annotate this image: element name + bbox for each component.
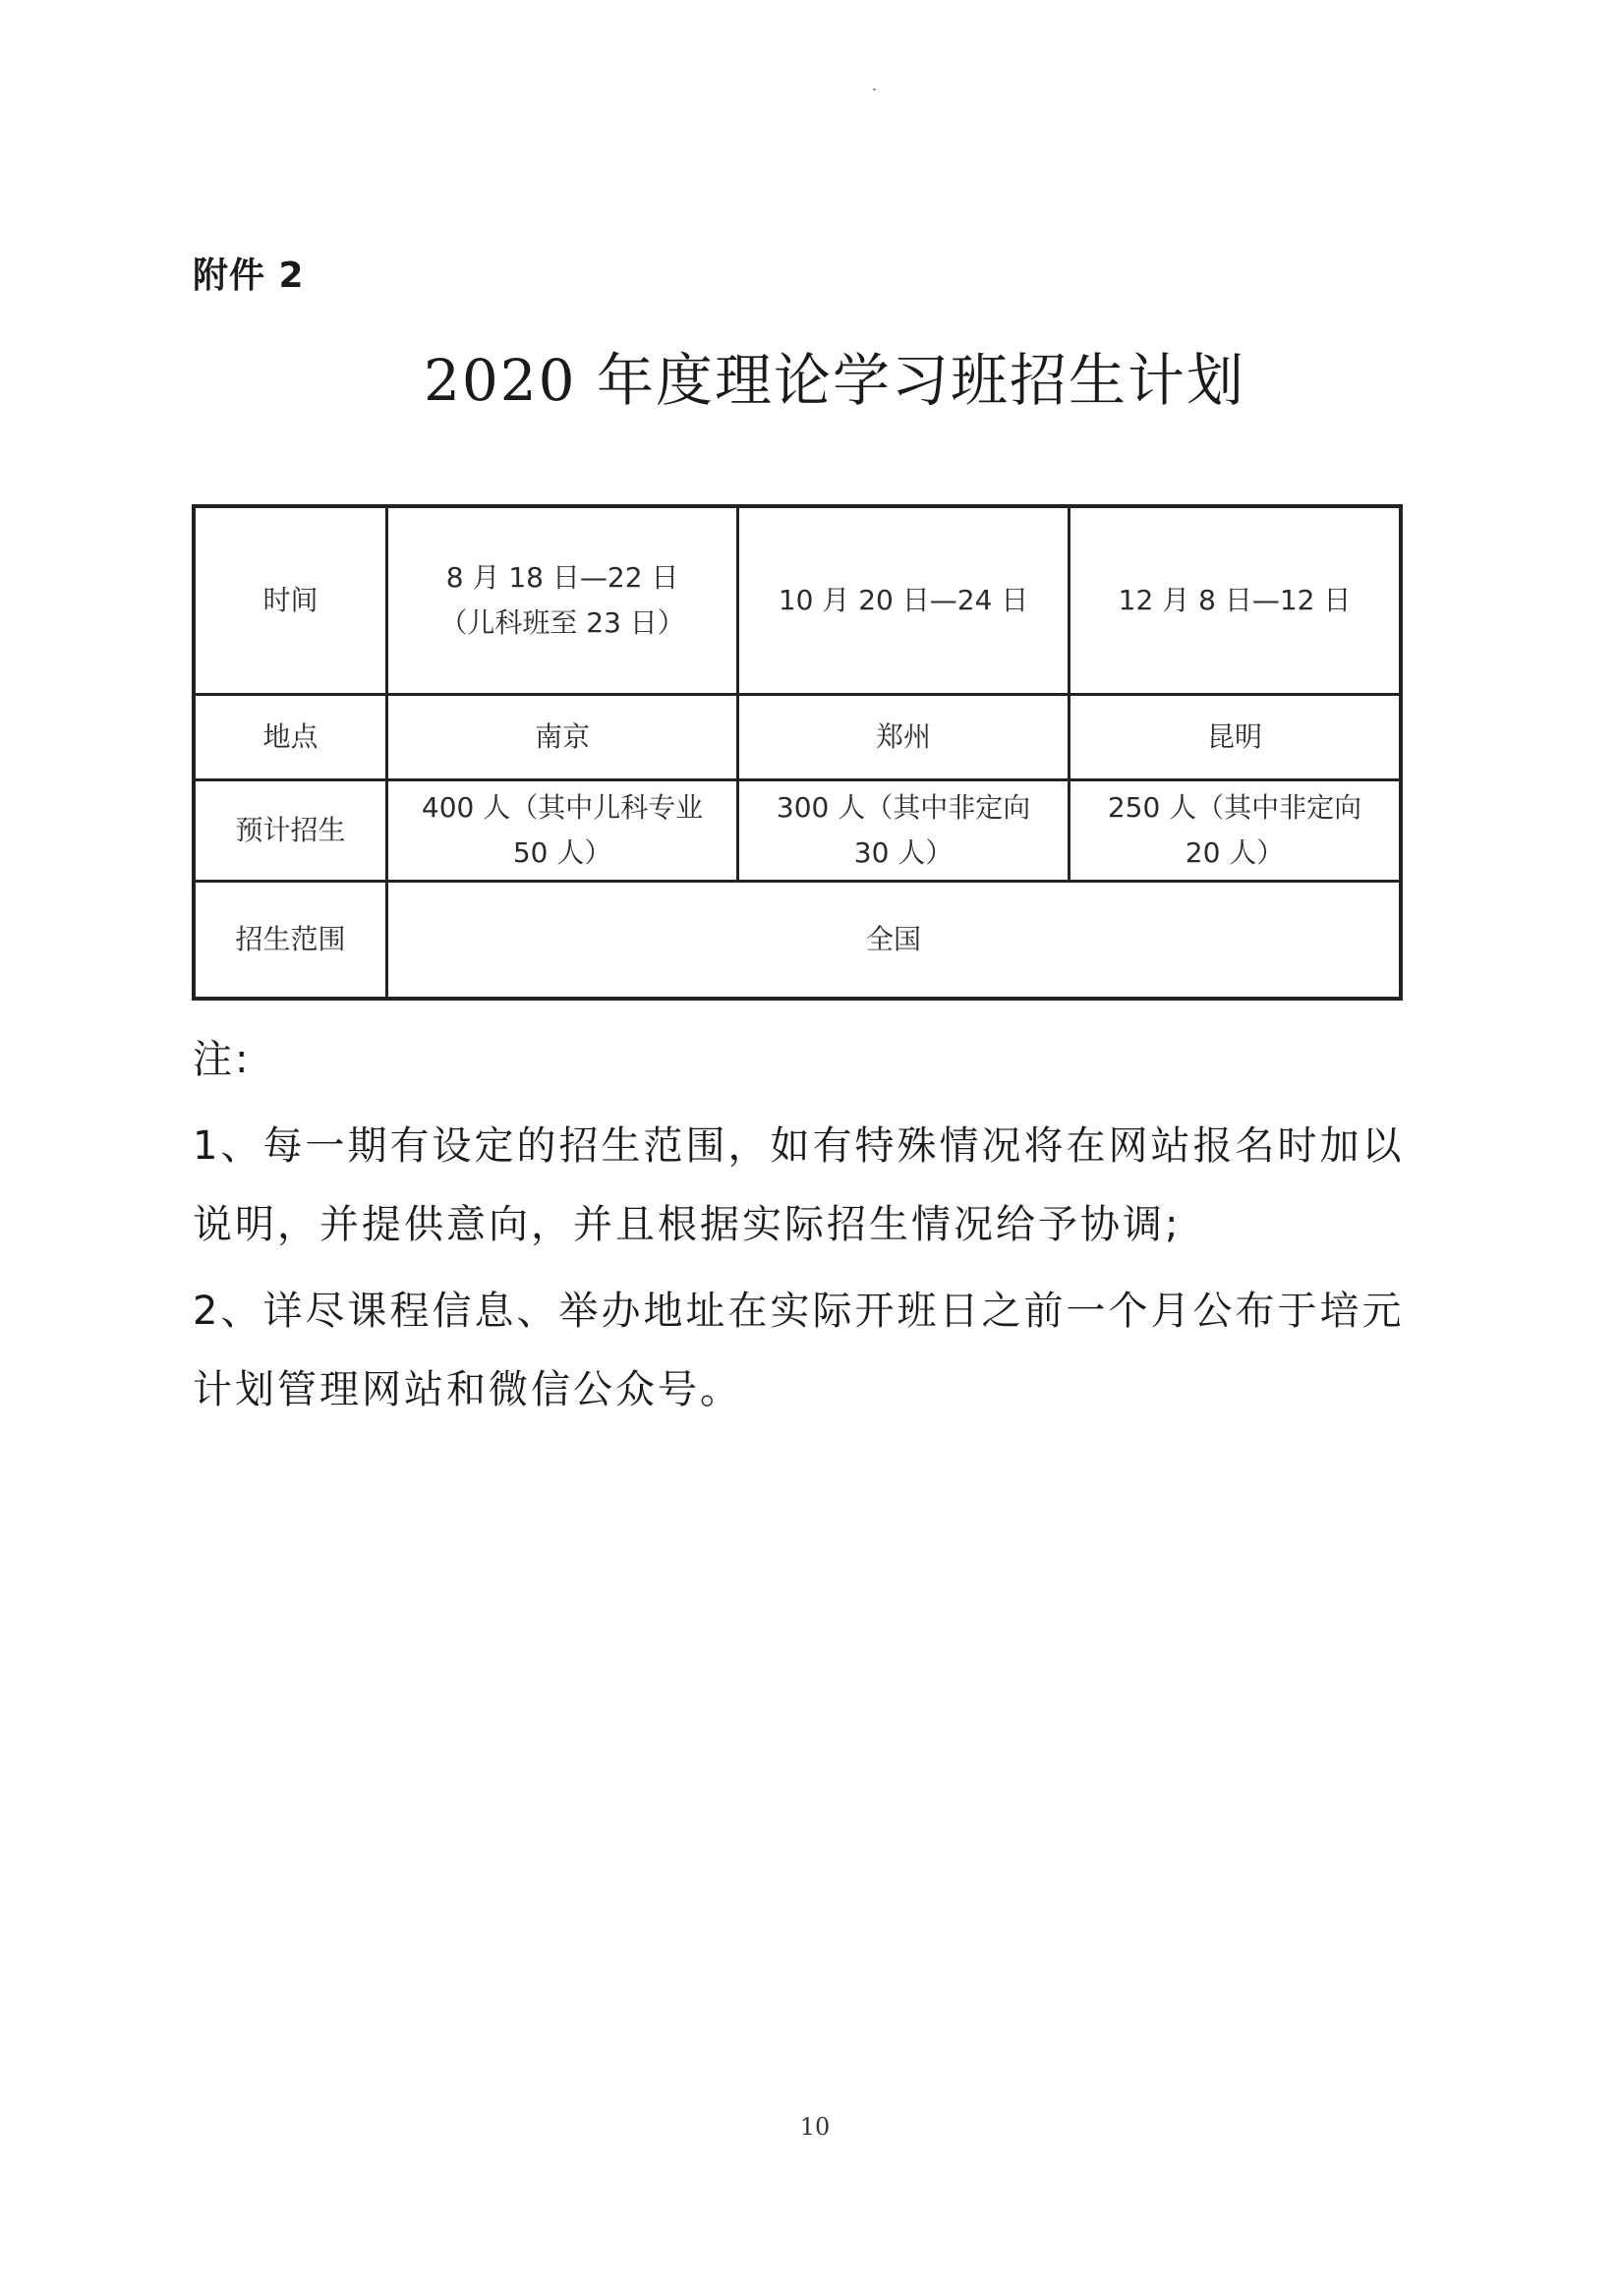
- table-row-place: 地点 南京 郑州 昆明: [194, 695, 1401, 780]
- time-nanjing: 8 月 18 日—22 日 （儿科班至 23 日）: [387, 506, 738, 695]
- row-header-place: 地点: [194, 695, 387, 780]
- row-header-scope: 招生范围: [194, 882, 387, 1000]
- scan-speck: [873, 88, 876, 90]
- time-nanjing-line1: 8 月 18 日—22 日 （儿科班至 23 日）: [394, 555, 730, 646]
- note-item-1: 1、每一期有设定的招生范围，如有特殊情况将在网站报名时加以说明，并提供意向，并且…: [193, 1107, 1421, 1264]
- row-header-time: 时间: [194, 506, 387, 695]
- note-item-2: 2、详尽课程信息、举办地址在实际开班日之前一个月公布于培元计划管理网站和微信公众…: [193, 1272, 1421, 1429]
- document-title: 2020 年度理论学习班招生计划: [0, 334, 1620, 417]
- enrollment-zhengzhou: 300 人（其中非定向 30 人）: [738, 780, 1070, 882]
- page-number: 10: [0, 2113, 1620, 2141]
- notes-section: 注: 1、每一期有设定的招生范围，如有特殊情况将在网站报名时加以说明，并提供意向…: [193, 1020, 1421, 1437]
- scope-value: 全国: [387, 882, 1401, 1000]
- notes-heading: 注:: [193, 1020, 1421, 1099]
- table-row-time: 时间 8 月 18 日—22 日 （儿科班至 23 日） 10 月 20 日—2…: [194, 506, 1401, 695]
- enrollment-plan-table: 时间 8 月 18 日—22 日 （儿科班至 23 日） 10 月 20 日—2…: [192, 504, 1403, 1001]
- attachment-label: 附件 2: [193, 248, 305, 298]
- time-zhengzhou: 10 月 20 日—24 日: [738, 506, 1070, 695]
- row-header-expected-enrollment: 预计招生: [194, 780, 387, 882]
- place-zhengzhou: 郑州: [738, 695, 1070, 780]
- time-kunming: 12 月 8 日—12 日: [1070, 506, 1401, 695]
- enrollment-kunming: 250 人（其中非定向 20 人）: [1070, 780, 1401, 882]
- table-row-expected-enrollment: 预计招生 400 人（其中儿科专业 50 人） 300 人（其中非定向 30 人…: [194, 780, 1401, 882]
- enrollment-nanjing: 400 人（其中儿科专业 50 人）: [387, 780, 738, 882]
- place-nanjing: 南京: [387, 695, 738, 780]
- table-row-scope: 招生范围 全国: [194, 882, 1401, 1000]
- place-kunming: 昆明: [1070, 695, 1401, 780]
